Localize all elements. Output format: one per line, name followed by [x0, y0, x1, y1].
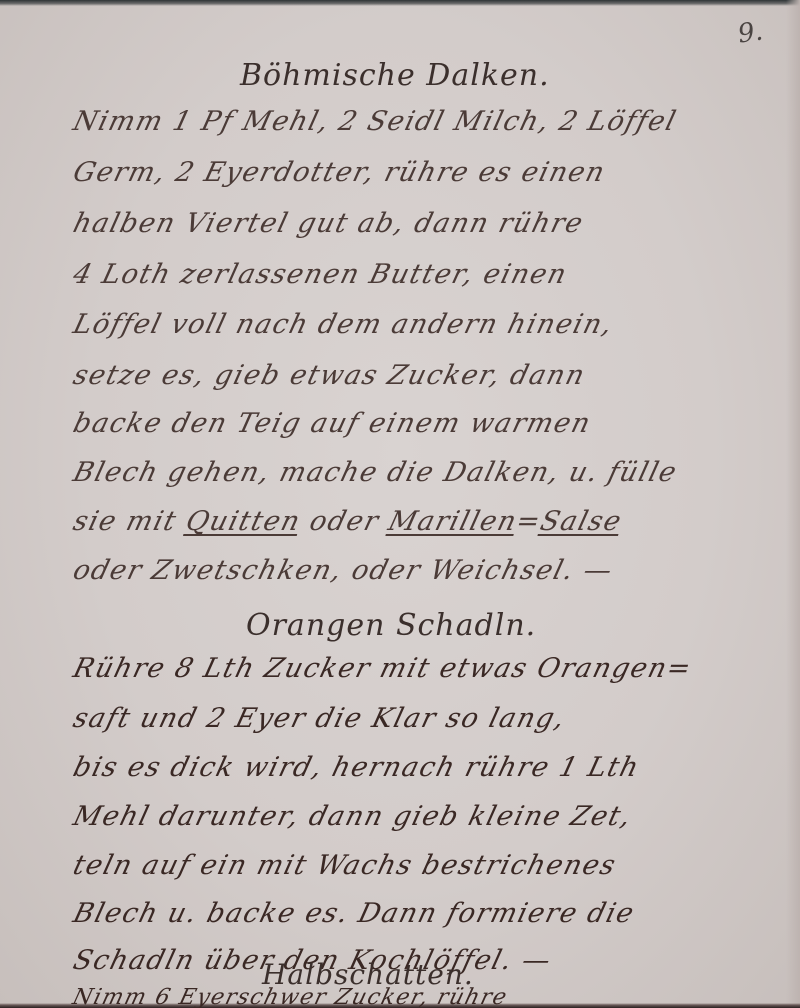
page-number: 9. [736, 16, 765, 49]
recipe-line: 4 Loth zerlassenen Butter, einen [70, 259, 798, 290]
recipe-line: backe den Teig auf einem warmen [70, 408, 798, 439]
underlined-word-marillen: Marillen [385, 506, 521, 537]
recipe-line: setze es, gieb etwas Zucker, dann [70, 360, 798, 391]
text-segment: sie mit [70, 506, 180, 537]
recipe-line: Blech gehen, mache die Dalken, u. fülle [70, 457, 798, 488]
recipe-line-fillings: sie mit Quitten oder Marillen=Salse [70, 506, 798, 537]
recipe-line: Mehl darunter, dann gieb kleine Zet, [70, 801, 798, 832]
recipe-line: Rühre 8 Lth Zucker mit etwas Orangen= [70, 653, 798, 684]
recipe-line: teln auf ein mit Wachs bestrichenes [70, 850, 798, 881]
recipe-line: saft und 2 Eyer die Klar so lang, [70, 703, 798, 734]
recipe-title-orangen-schadln: Orangen Schadln. [246, 608, 536, 643]
text-segment: oder [307, 506, 383, 537]
recipe-line: bis es dick wird, hernach rühre 1 Lth [70, 752, 798, 783]
recipe-line: Germ, 2 Eyerdotter, rühre es einen [70, 157, 798, 188]
page-top-edge [0, 0, 800, 6]
manuscript-page: 9. Böhmische Dalken. Nimm 1 Pf Mehl, 2 S… [0, 0, 800, 1008]
recipe-line: Nimm 6 Eyerschwer Zucker, rühre [70, 985, 796, 1008]
underlined-word-salse: Salse [537, 506, 625, 537]
recipe-title-boehmische-dalken: Böhmische Dalken. [240, 58, 550, 93]
recipe-line: Löffel voll nach dem andern hinein, [70, 309, 798, 340]
recipe-line: oder Zwetschken, oder Weichsel. — [70, 555, 798, 586]
recipe-line: Blech u. backe es. Dann formiere die [70, 898, 798, 929]
recipe-line: Nimm 1 Pf Mehl, 2 Seidl Milch, 2 Löffel [70, 106, 798, 137]
recipe-line: halben Viertel gut ab, dann rühre [70, 208, 798, 239]
underlined-word-quitten: Quitten [183, 506, 304, 537]
